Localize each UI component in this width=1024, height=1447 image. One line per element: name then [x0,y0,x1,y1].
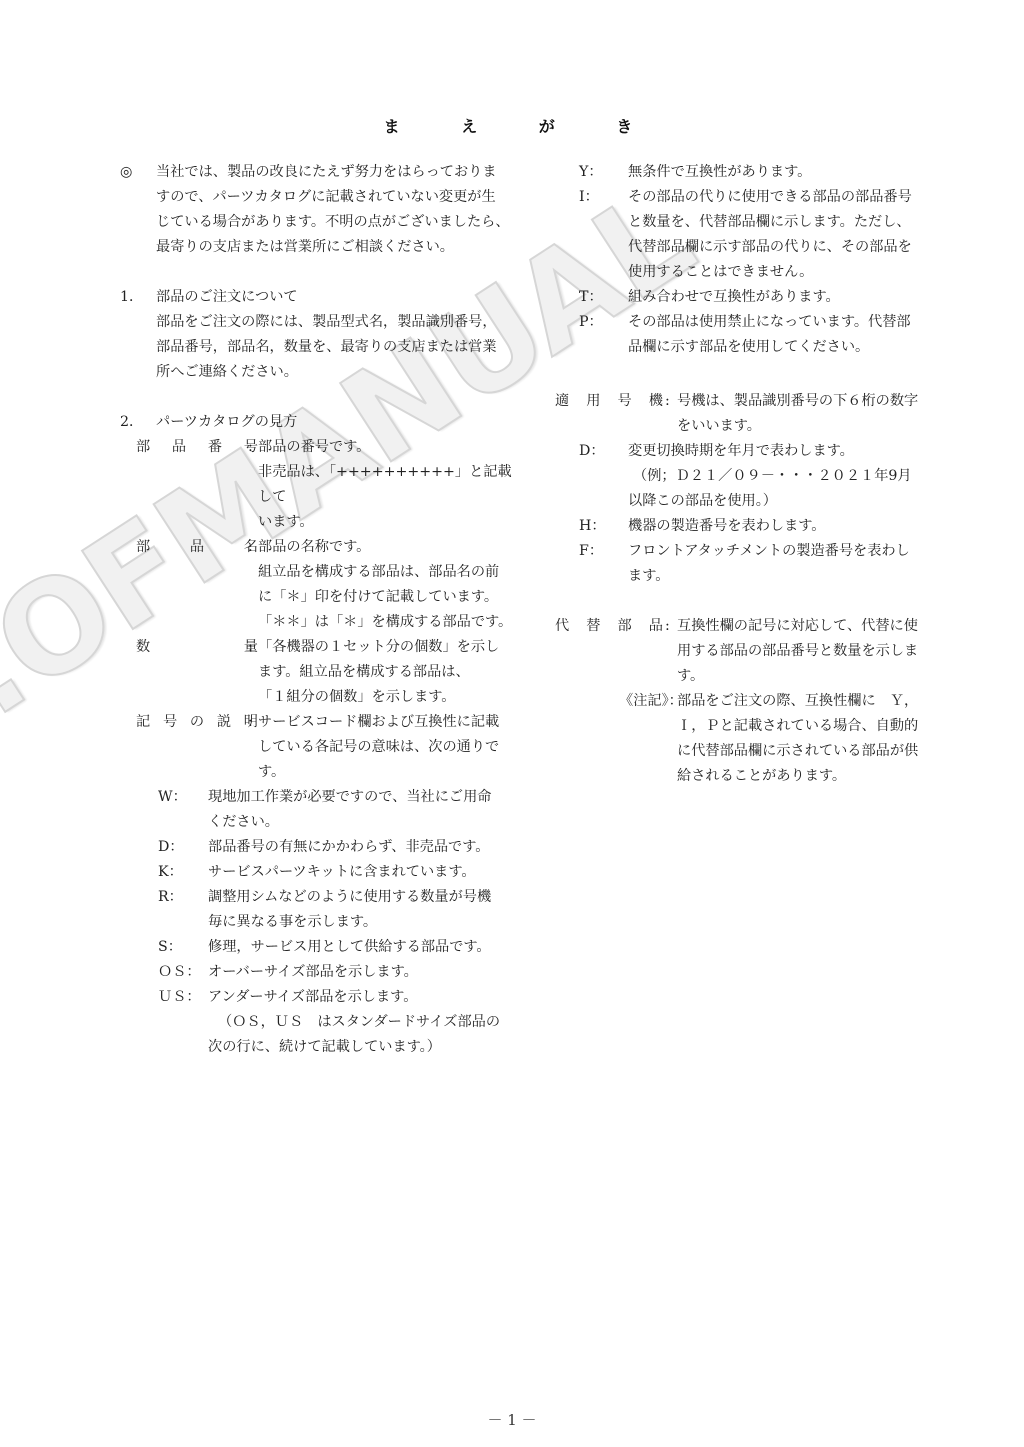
definition-applicable-serial: 適用号機 : 号機は、製品識別番号の下６桁の数字 をいいます。 [555,389,935,439]
symbol-key: I： [579,185,599,210]
page-title: ま え が き [0,114,1024,137]
symbol-key: P： [579,310,603,335]
section-1-body: 部品をご注文の際には、製品型式名，製品識別番号， 部品番号，部品名，数量を、最寄… [156,310,520,385]
definition-term: 適用号機 [555,389,663,414]
definition-desc: 部品の名称です。 組立品を構成する部品は、部品名の前 に「＊」印を付けて記載して… [258,535,520,635]
symbol-desc: その部品は使用禁止になっています。代替部 品欄に示す部品を使用してください。 [628,310,935,360]
definition-symbol-legend: 記号の説明 : サービスコード欄および互換性に記載 している各記号の意味は、次の… [120,710,520,785]
definition-quantity: 数量 : 「各機器の１セット分の個数」を示し ます。組立品を構成する部品は、 「… [120,635,520,710]
definition-colon: : [248,710,253,735]
symbol-desc: 組み合わせで互換性があります。 [628,285,935,310]
definition-colon: : [248,635,253,660]
symbol-item-us: ＵＳ： アンダーサイズ部品を示します。 [120,985,520,1010]
symbol-desc: 現地加工作業が必要ですので、当社にご用命 ください。 [208,785,520,835]
symbol-desc: オーバーサイズ部品を示します。 [208,960,520,985]
section-2-title: パーツカタログの見方 [156,410,520,435]
left-column: ◎ 当社では、製品の改良にたえず努力をはらっておりま すので、パーツカタログに記… [120,160,520,1060]
applicable-symbol-h: H： 機器の製造番号を表わします。 [555,514,935,539]
intro-text: 当社では、製品の改良にたえず努力をはらっておりま すので、パーツカタログに記載さ… [156,160,520,260]
section-1-heading: 1． 部品のご注文について [120,285,520,310]
section-1-number: 1． [120,285,143,310]
applicable-symbol-d: D： 変更切換時期を年月で表わします。 [555,439,935,464]
definition-desc: サービスコード欄および互換性に記載 している各記号の意味は、次の通りで す。 [258,710,520,785]
symbol-desc: サービスパーツキットに含まれています。 [208,860,520,885]
symbol-key: D： [158,835,184,860]
section-1-title: 部品のご注文について [156,285,520,310]
definition-colon: : [665,614,670,639]
page-number: － 1 － [0,1409,1024,1430]
symbol-key: F： [579,539,603,564]
symbol-desc: 無条件で互換性があります。 [628,160,935,185]
symbol-key: ＯＳ： [158,960,201,985]
compat-symbol-t: T： 組み合わせで互換性があります。 [555,285,935,310]
symbol-key: S： [158,935,182,960]
compat-symbol-i: I： その部品の代りに使用できる部品の部品番号 と数量を、代替部品欄に示します。… [555,185,935,285]
symbol-key: Y： [579,160,603,185]
symbol-key: D： [579,439,605,464]
symbol-item-k: K： サービスパーツキットに含まれています。 [120,860,520,885]
symbol-desc: 変更切換時期を年月で表わします。 [628,439,935,464]
symbol-desc: その部品の代りに使用できる部品の部品番号 と数量を、代替部品欄に示します。ただし… [628,185,935,285]
d-example-line-1: （例；Ｄ２１／０９－・・・２０２１年9月 [633,464,935,489]
definition-term: 代替部品 [555,614,663,639]
symbol-key: W： [158,785,187,810]
symbol-item-r: R： 調整用シムなどのように使用する数量が号機 毎に異なる事を示します。 [120,885,520,935]
symbol-desc: アンダーサイズ部品を示します。 [208,985,520,1010]
symbol-desc: フロントアタッチメントの製造番号を表わし ます。 [628,539,935,589]
size-note-line-1: （ＯＳ，ＵＳ はスタンダードサイズ部品の [218,1010,520,1035]
definition-desc: 号機は、製品識別番号の下６桁の数字 をいいます。 [677,389,935,439]
definition-term: 部品名 [136,535,258,560]
definition-colon: : [665,389,670,414]
symbol-key: T： [579,285,603,310]
substitute-note: 《注記》： 部品をご注文の際、互換性欄に Ｙ， Ｉ，Ｐと記載されている場合、自動… [555,689,935,789]
size-note-line-2: 次の行に、続けて記載しています。） [208,1035,520,1060]
definition-part-number: 部品番号 : 部品の番号です。 非売品は、「++++++++++」と記載して い… [120,435,520,535]
definition-term: 部品番号 [136,435,258,460]
right-column: Y： 無条件で互換性があります。 I： その部品の代りに使用できる部品の部品番号… [555,160,935,789]
section-2-number: 2． [120,410,143,435]
d-example-line-2: 以降この部品を使用。） [628,489,935,514]
definition-desc: 「各機器の１セット分の個数」を示し ます。組立品を構成する部品は、 「１組分の個… [258,635,520,710]
note-label: 《注記》： [619,689,683,714]
section-2-heading: 2． パーツカタログの見方 [120,410,520,435]
definition-desc: 部品の番号です。 非売品は、「++++++++++」と記載して います。 [258,435,520,535]
definition-substitute-part: 代替部品 : 互換性欄の記号に対応して、代替に使 用する部品の部品番号と数量を示… [555,614,935,689]
symbol-desc: 機器の製造番号を表わします。 [628,514,935,539]
definition-colon: : [248,535,253,560]
symbol-desc: 修理，サービス用として供給する部品です。 [208,935,520,960]
symbol-item-d: D： 部品番号の有無にかかわらず、非売品です。 [120,835,520,860]
compat-symbol-p: P： その部品は使用禁止になっています。代替部 品欄に示す部品を使用してください… [555,310,935,360]
definition-part-name: 部品名 : 部品の名称です。 組立品を構成する部品は、部品名の前 に「＊」印を付… [120,535,520,635]
intro-paragraph: ◎ 当社では、製品の改良にたえず努力をはらっておりま すので、パーツカタログに記… [120,160,520,260]
symbol-desc: 調整用シムなどのように使用する数量が号機 毎に異なる事を示します。 [208,885,520,935]
symbol-item-w: W： 現地加工作業が必要ですので、当社にご用命 ください。 [120,785,520,835]
applicable-symbol-f: F： フロントアタッチメントの製造番号を表わし ます。 [555,539,935,589]
symbol-key: H： [579,514,606,539]
definition-term: 記号の説明 [136,710,258,735]
note-desc: 部品をご注文の際、互換性欄に Ｙ， Ｉ，Ｐと記載されている場合、自動的 に代替部… [677,689,935,789]
symbol-item-os: ＯＳ： オーバーサイズ部品を示します。 [120,960,520,985]
symbol-item-s: S： 修理，サービス用として供給する部品です。 [120,935,520,960]
symbol-desc: 部品番号の有無にかかわらず、非売品です。 [208,835,520,860]
compat-symbol-y: Y： 無条件で互換性があります。 [555,160,935,185]
symbol-key: ＵＳ： [158,985,201,1010]
symbol-key: K： [158,860,183,885]
document-page: .OFMANUAL ま え が き ◎ 当社では、製品の改良にたえず努力をはらっ… [0,0,1024,1447]
definition-colon: : [248,435,253,460]
symbol-key: R： [158,885,183,910]
definition-term: 数量 [136,635,258,660]
double-circle-bullet-icon: ◎ [120,160,132,185]
definition-desc: 互換性欄の記号に対応して、代替に使 用する部品の部品番号と数量を示しま す。 [677,614,935,689]
